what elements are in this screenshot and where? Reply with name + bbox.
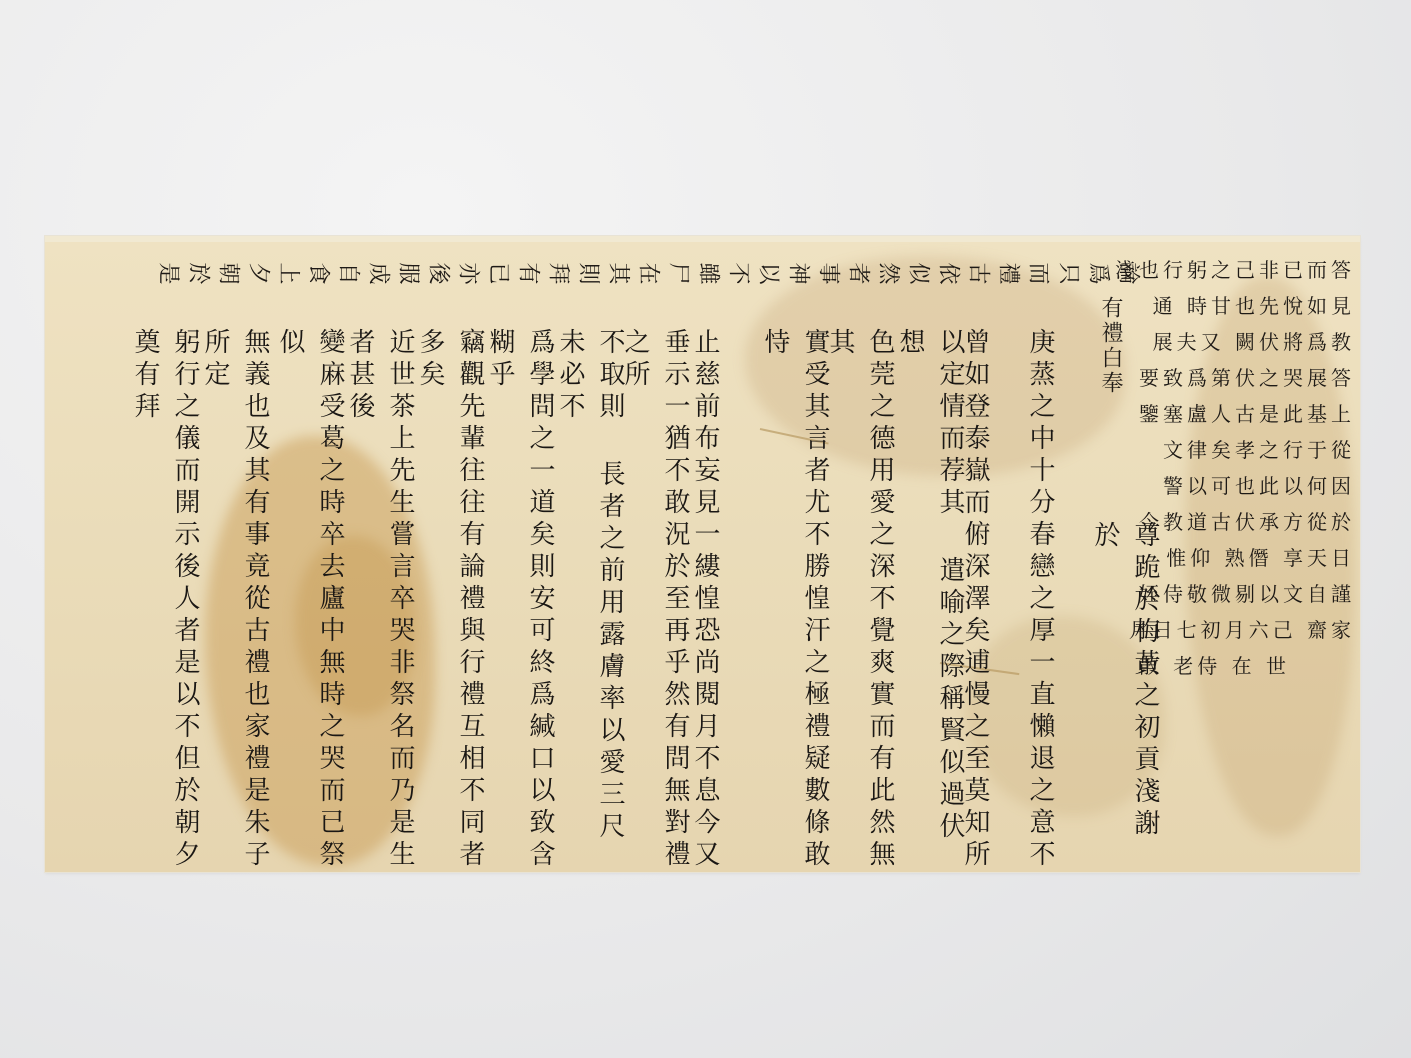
header-char: 然: [875, 259, 906, 289]
header-char: 古: [965, 259, 996, 289]
header-char: 爲: [1085, 259, 1116, 289]
header-char: 尸: [665, 259, 696, 289]
text-column: 不取則 長者之前用露膚率以愛三尺未必不: [550, 328, 630, 872]
header-char: 在: [635, 259, 666, 289]
honorific-column: 有禮白奉: [1095, 296, 1126, 396]
letter-row: 鑒塞盧人古是此基上: [1140, 398, 1355, 428]
header-char: 雖: [695, 259, 726, 289]
header-char: 有: [515, 259, 546, 289]
letter-row: 淺也行躬之己非已而答: [1140, 254, 1355, 284]
text-column: 無義也及其有事竟從古禮也家禮是朱子所定: [195, 328, 275, 872]
text-column: 躬行之儀而開示後人者是以不但於朝夕奠有拜: [125, 328, 205, 872]
letter-row: 月日七初月六己 齋家: [1140, 614, 1355, 644]
text-column: 尊跪於梅黃之初貢淺謝於: [1085, 521, 1165, 872]
header-char: 以: [755, 259, 786, 289]
text-column: 竊觀先輩往往有論禮與行禮互相不同者多矣: [410, 328, 490, 872]
header-char: 服: [395, 259, 426, 289]
header-char: 似: [905, 259, 936, 289]
header-char: 則: [575, 259, 606, 289]
letter-row: 姪侍敬微剔以文自謹: [1140, 578, 1355, 608]
top-header-line: 論 爲 只 而 禮 古 依 似 然 者 事 神 以 不 雖 尸 在 其 則 拜 …: [45, 242, 1145, 298]
letter-row: 要致爲第伏之哭展答: [1140, 362, 1355, 392]
letter-row: 今教道古伏承方從於: [1140, 506, 1355, 536]
header-char: 朝: [215, 259, 246, 289]
header-char: 成: [365, 259, 396, 289]
header-char: 上: [275, 259, 306, 289]
header-char: 於: [185, 259, 216, 289]
header-char: 食: [305, 259, 336, 289]
header-char: 依: [935, 259, 966, 289]
header-char: 而: [1025, 259, 1056, 289]
header-char: 神: [785, 259, 816, 289]
manuscript-sheet: 論 爲 只 而 禮 古 依 似 然 者 事 神 以 不 雖 尸 在 其 則 拜 …: [45, 236, 1360, 872]
header-char: 只: [1055, 259, 1086, 289]
right-letter-block: 淺也行躬之己非已而答 通 時甘也先悅如見 展夫又 闕伏將爲教 要致爲第伏之哭展答…: [1140, 244, 1355, 624]
header-char: 禮: [995, 259, 1026, 289]
text-column: 實受其言者尤不勝惶汗之極禮疑數條敢恃: [755, 328, 835, 872]
header-char: 其: [605, 259, 636, 289]
text-column: 爲學問之一道矣則安可終爲緘口以致含糊乎: [480, 328, 560, 872]
letter-row: 展夫又 闕伏將爲教: [1140, 326, 1355, 356]
header-char: 是: [155, 259, 186, 289]
letter-row: 警以可也此以何因: [1140, 470, 1355, 500]
header-char: 事: [815, 259, 846, 289]
text-column: 近世茶上先生嘗言卒哭非祭名而乃是生者甚後: [340, 328, 420, 872]
text-column: 以定情而荐其 遣喻之際稱賢似過伏想: [890, 328, 970, 872]
header-char: 不: [725, 259, 756, 289]
header-char: 夕: [245, 259, 276, 289]
letter-row: 通 時甘也先悅如見: [1140, 290, 1355, 320]
header-char: 亦: [455, 259, 486, 289]
header-char: 者: [845, 259, 876, 289]
header-char: 已: [485, 259, 516, 289]
text-column: 變麻受葛之時卒去廬中無時之哭而已祭 似: [270, 328, 350, 872]
header-char: 拜: [545, 259, 576, 289]
letter-row: 惟仰 熟僭 享天日: [1140, 542, 1355, 572]
text-column: 庚蒸之中十分春戀之厚一直懶退之意不: [1020, 328, 1060, 872]
header-char: 自: [335, 259, 366, 289]
header-char: 後: [425, 259, 456, 289]
letter-row: 文律矣孝之行于從: [1140, 434, 1355, 464]
